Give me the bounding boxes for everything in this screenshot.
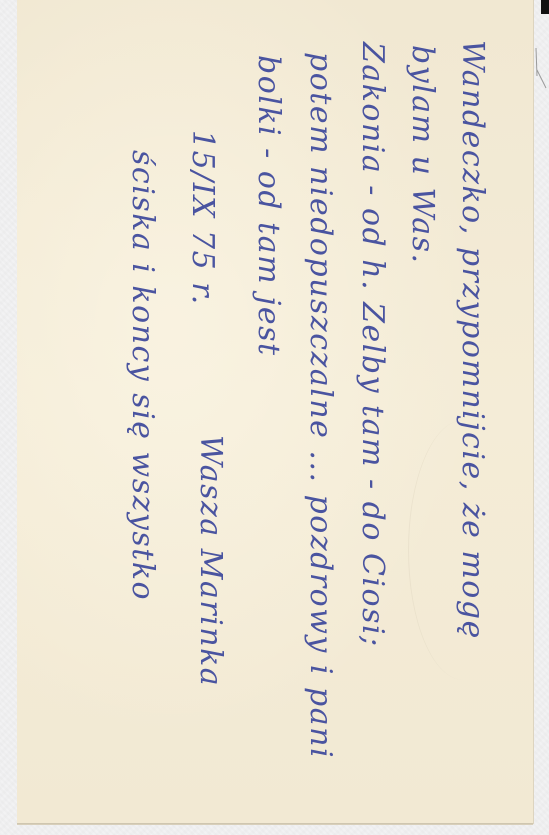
handwritten-line-3: Zakonia - od h. Zelby tam - do Ciosi;: [357, 42, 387, 648]
handwritten-line-2: bylam u Was.: [407, 45, 437, 265]
handwritten-line-5: bolki - od tam jest: [253, 55, 283, 357]
handwritten-card: Wandeczko, przypomnijcie, że mogę bylam …: [17, 0, 533, 824]
handwriting-area: Wandeczko, przypomnijcie, że mogę bylam …: [57, 30, 493, 800]
pencil-mark-icon: [534, 46, 548, 92]
handwritten-line-closing: ściska i koncy się wszystko: [127, 150, 157, 601]
handwritten-date: 15/IX 75 r.: [187, 130, 217, 306]
handwritten-line-4: potem niedopuszczalne ... pozdrowy i pan…: [305, 52, 335, 759]
scanner-corner-mark: [541, 0, 549, 14]
handwritten-line-1: Wandeczko, przypomnijcie, że mogę: [457, 40, 487, 640]
handwritten-signature: Wasza Marinka: [195, 435, 225, 687]
